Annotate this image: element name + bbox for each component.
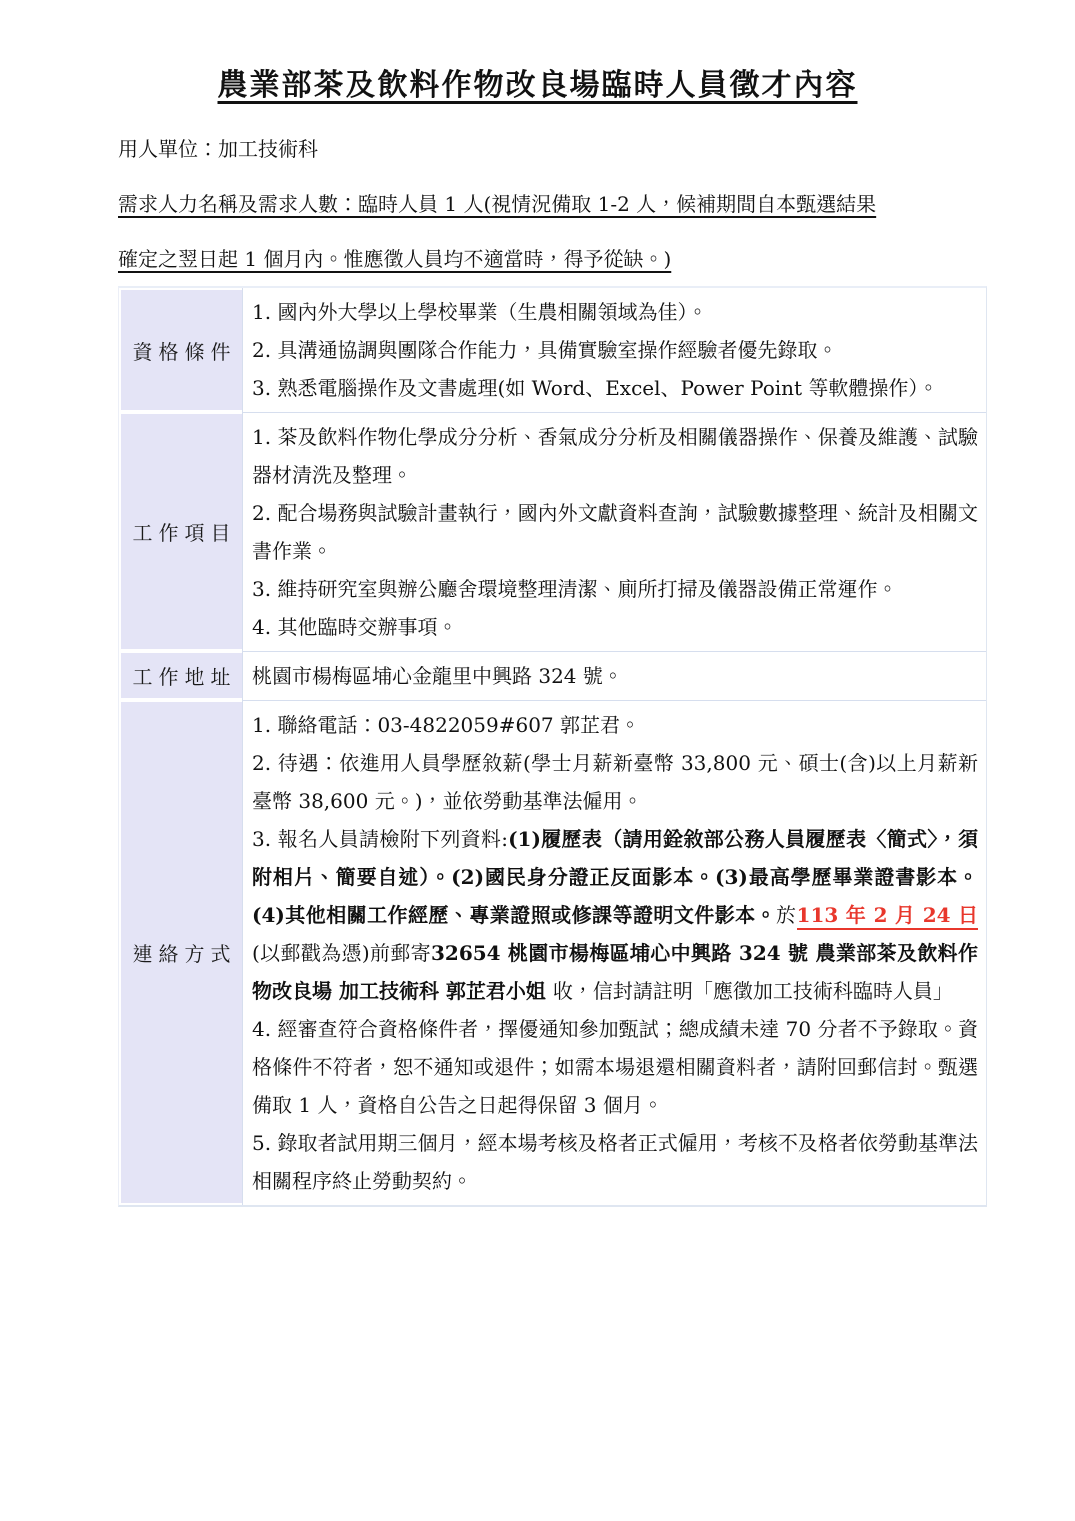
row-label-qualifications: 資格條件 xyxy=(121,290,242,410)
row-content-address: 桃園市楊梅區埔心金龍里中興路 324 號。 xyxy=(242,651,986,700)
row-content-qualifications: 1. 國內外大學以上學校畢業（生農相關領域為佳）。 2. 具溝通協調與團隊合作能… xyxy=(242,288,986,412)
contact-item-application: 3. 報名人員請檢附下列資料:(1)履歷表（請用銓敘部公務人員履歷表〈簡式〉，須… xyxy=(252,820,978,1010)
table-row-contact: 連絡方式 1. 聯絡電話：03-4822059#607 郭芷君。 2. 待遇：依… xyxy=(119,700,986,1205)
employer-unit-line: 用人單位：加工技術科 xyxy=(118,136,985,163)
application-plain-1: 於 xyxy=(776,903,796,927)
contact-item-probation: 5. 錄取者試用期三個月，經本場考核及格者正式僱用，考核不及格者依勞動基準法相關… xyxy=(252,1124,978,1200)
duty-item: 4. 其他臨時交辦事項。 xyxy=(252,608,978,646)
row-label-contact: 連絡方式 xyxy=(121,702,242,1203)
demand-line-2: 確定之翌日起 1 個月內。惟應徵人員均不適當時，得予從缺。) xyxy=(118,246,985,273)
contact-item-salary: 2. 待遇：依進用人員學歷敘薪(學士月薪新臺幣 33,800 元、碩士(含)以上… xyxy=(252,744,978,820)
row-label-duties: 工作項目 xyxy=(121,414,242,649)
qualification-item: 3. 熟悉電腦操作及文書處理(如 Word、Excel、Power Point … xyxy=(252,369,978,407)
contact-item-phone: 1. 聯絡電話：03-4822059#607 郭芷君。 xyxy=(252,706,978,744)
application-intro: 3. 報名人員請檢附下列資料: xyxy=(252,827,508,851)
recruitment-table: 資格條件 1. 國內外大學以上學校畢業（生農相關領域為佳）。 2. 具溝通協調與… xyxy=(118,286,987,1207)
application-deadline-date: 113 年 2 月 24 日 xyxy=(797,903,978,930)
duty-item: 3. 維持研究室與辦公廳舍環境整理清潔、廁所打掃及儀器設備正常運作。 xyxy=(252,570,978,608)
qualification-item: 2. 具溝通協調與團隊合作能力，具備實驗室操作經驗者優先錄取。 xyxy=(252,331,978,369)
contact-item-review: 4. 經審查符合資格條件者，擇優通知參加甄試；總成績未達 70 分者不予錄取。資… xyxy=(252,1010,978,1124)
row-label-address: 工作地址 xyxy=(121,653,242,698)
work-address: 桃園市楊梅區埔心金龍里中興路 324 號。 xyxy=(252,657,978,695)
application-plain-2: (以郵戳為憑)前郵寄 xyxy=(252,941,431,965)
duty-item: 2. 配合場務與試驗計畫執行，國內外文獻資料查詢，試驗數據整理、統計及相關文書作… xyxy=(252,494,978,570)
table-row-duties: 工作項目 1. 茶及飲料作物化學成分分析、香氣成分分析及相關儀器操作、保養及維護… xyxy=(119,412,986,651)
demand-line-1: 需求人力名稱及需求人數：臨時人員 1 人(視情況備取 1-2 人，候補期間自本甄… xyxy=(118,191,985,218)
application-plain-3: 收，信封請註明「應徵加工技術科臨時人員」 xyxy=(553,979,953,1003)
page-title: 農業部茶及飲料作物改良場臨時人員徵才內容 xyxy=(90,60,985,104)
table-row-qualifications: 資格條件 1. 國內外大學以上學校畢業（生農相關領域為佳）。 2. 具溝通協調與… xyxy=(119,288,986,412)
table-row-address: 工作地址 桃園市楊梅區埔心金龍里中興路 324 號。 xyxy=(119,651,986,700)
document-page: 農業部茶及飲料作物改良場臨時人員徵才內容 用人單位：加工技術科 需求人力名稱及需… xyxy=(0,0,1075,1247)
row-content-duties: 1. 茶及飲料作物化學成分分析、香氣成分分析及相關儀器操作、保養及維護、試驗器材… xyxy=(242,412,986,651)
row-content-contact: 1. 聯絡電話：03-4822059#607 郭芷君。 2. 待遇：依進用人員學… xyxy=(242,700,986,1205)
qualification-item: 1. 國內外大學以上學校畢業（生農相關領域為佳）。 xyxy=(252,293,978,331)
duty-item: 1. 茶及飲料作物化學成分分析、香氣成分分析及相關儀器操作、保養及維護、試驗器材… xyxy=(252,418,978,494)
